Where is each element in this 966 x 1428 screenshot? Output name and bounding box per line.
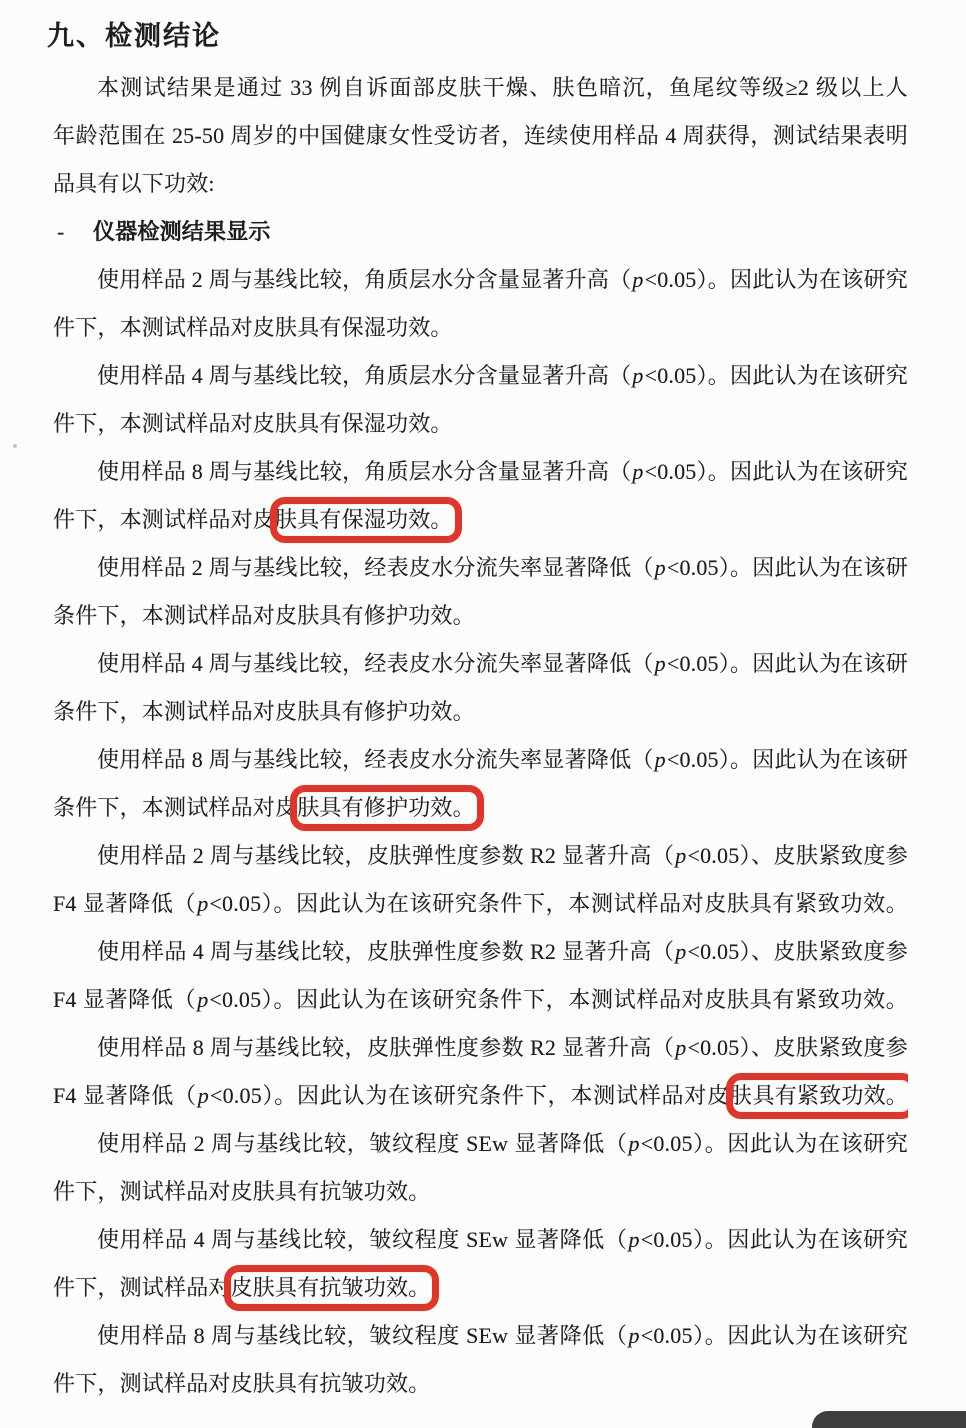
text-line: 使用样品 2 周与基线比较，经表皮水分流失率显著降低（p<0.05）。因此认为在… <box>53 544 908 592</box>
bullet-heading-line: -仪器检测结果显示 <box>53 208 908 256</box>
scanned-report-page: 九、检测结论 本测试结果是通过 33 例自诉面部皮肤干燥、肤色暗沉，鱼尾纹等级≥… <box>0 0 966 1428</box>
p-value-variable: p <box>654 747 667 772</box>
text-line: 年龄范围在 25-50 周岁的中国健康女性受访者，连续使用样品 4 周获得，测试… <box>53 112 908 160</box>
p-value-variable: p <box>196 891 209 916</box>
text-line: 使用样品 4 周与基线比较，皱纹程度 SEw 显著降低（p<0.05）。因此认为… <box>53 1216 908 1264</box>
red-highlight-box: 具有紧致功效。 <box>753 1072 908 1120</box>
highlighted-conclusion-line: 条件下，本测试样品对皮肤具有修护功效。 <box>53 784 908 832</box>
p-value-variable: p <box>631 459 644 484</box>
text-line: 使用样品 4 周与基线比较，角质层水分含量显著升高（p<0.05）。因此认为在该… <box>53 352 908 400</box>
text-line: 使用样品 2 周与基线比较，皱纹程度 SEw 显著降低（p<0.05）。因此认为… <box>53 1120 908 1168</box>
text-line: 件下，测试样品对皮肤具有抗皱功效。 <box>53 1360 908 1408</box>
text-line: 本测试结果是通过 33 例自诉面部皮肤干燥、肤色暗沉，鱼尾纹等级≥2 级以上人群… <box>53 64 908 112</box>
p-value-variable: p <box>654 651 667 676</box>
list-dash: - <box>53 208 93 256</box>
line-text: 件下，本测试样品对皮肤 <box>53 507 297 532</box>
text-line: 使用样品 2 周与基线比较，角质层水分含量显著升高（p<0.05）。因此认为在该… <box>53 256 908 304</box>
text-line: 件下，本测试样品对皮肤具有保湿功效。 <box>53 304 908 352</box>
red-highlight-box: 具有保湿功效。 <box>297 496 452 544</box>
highlighted-conclusion-line: F4 显著降低（p<0.05）。因此认为在该研究条件下，本测试样品对皮肤具有紧致… <box>53 1072 908 1120</box>
text-line: 品具有以下功效: <box>53 160 908 208</box>
section-title: 九、检测结论 <box>47 8 908 64</box>
text-line: 使用样品 4 周与基线比较，经表皮水分流失率显著降低（p<0.05）。因此认为在… <box>53 640 908 688</box>
p-value-variable: p <box>631 267 644 292</box>
text-line: 件下，本测试样品对皮肤具有保湿功效。 <box>53 400 908 448</box>
line-text: 件下，测试样品对 <box>53 1275 231 1300</box>
bottom-right-ui-fragment <box>812 1411 966 1428</box>
text-line: F4 显著降低（p<0.05）。因此认为在该研究条件下，本测试样品对皮肤具有紧致… <box>53 976 908 1024</box>
p-value-variable: p <box>196 987 209 1012</box>
document-lines: 本测试结果是通过 33 例自诉面部皮肤干燥、肤色暗沉，鱼尾纹等级≥2 级以上人群… <box>53 64 908 1408</box>
p-value-variable: p <box>628 1227 641 1252</box>
p-value-variable: p <box>674 843 687 868</box>
red-highlight-box: 肤具有修护功效。 <box>297 784 475 832</box>
line-text: 条件下，本测试样品对皮 <box>53 795 297 820</box>
highlighted-conclusion-line: 件下，本测试样品对皮肤具有保湿功效。 <box>53 496 908 544</box>
p-value-variable: p <box>628 1131 641 1156</box>
line-text: F4 显著降低（p<0.05）。因此认为在该研究条件下，本测试样品对皮肤 <box>53 1083 753 1108</box>
text-line: 使用样品 4 周与基线比较，皮肤弹性度参数 R2 显著升高（p<0.05）、皮肤… <box>53 928 908 976</box>
text-line: 件下，测试样品对皮肤具有抗皱功效。 <box>53 1168 908 1216</box>
text-line: F4 显著降低（p<0.05）。因此认为在该研究条件下，本测试样品对皮肤具有紧致… <box>53 880 908 928</box>
text-line: 条件下，本测试样品对皮肤具有修护功效。 <box>53 592 908 640</box>
p-value-variable: p <box>628 1323 641 1348</box>
text-line: 使用样品 2 周与基线比较，皮肤弹性度参数 R2 显著升高（p<0.05）、皮肤… <box>53 832 908 880</box>
p-value-variable: p <box>654 555 667 580</box>
p-value-variable: p <box>197 1083 210 1108</box>
p-value-variable: p <box>674 939 687 964</box>
text-line: 使用样品 8 周与基线比较，角质层水分含量显著升高（p<0.05）。因此认为在该… <box>53 448 908 496</box>
p-value-variable: p <box>631 363 644 388</box>
text-line: 条件下，本测试样品对皮肤具有修护功效。 <box>53 688 908 736</box>
text-line: 使用样品 8 周与基线比较，皱纹程度 SEw 显著降低（p<0.05）。因此认为… <box>53 1312 908 1360</box>
text-line: 使用样品 8 周与基线比较，经表皮水分流失率显著降低（p<0.05）。因此认为在… <box>53 736 908 784</box>
red-highlight-box: 皮肤具有抗皱功效。 <box>231 1264 431 1312</box>
p-value-variable: p <box>674 1035 687 1060</box>
text-line: 使用样品 8 周与基线比较，皮肤弹性度参数 R2 显著升高（p<0.05）、皮肤… <box>53 1024 908 1072</box>
highlighted-conclusion-line: 件下，测试样品对皮肤具有抗皱功效。 <box>53 1264 908 1312</box>
